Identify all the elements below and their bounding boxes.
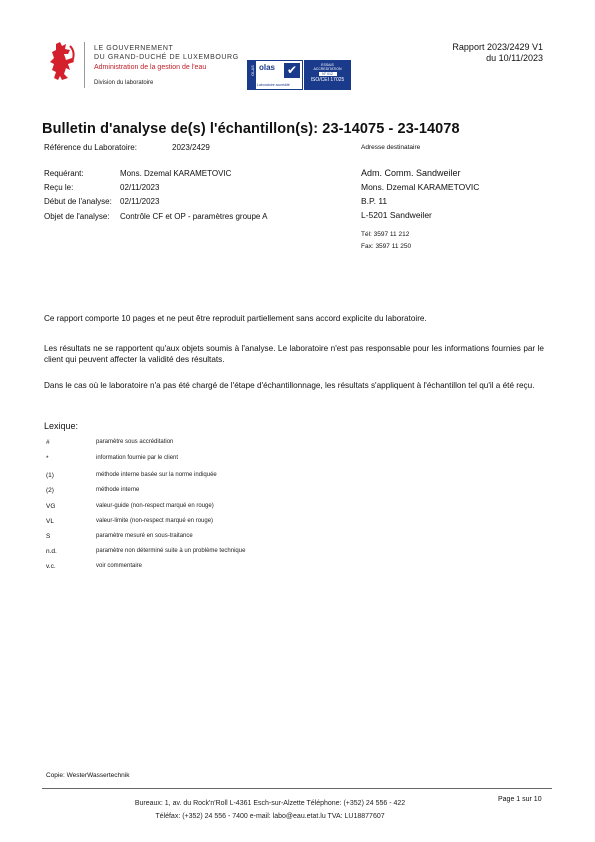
lexique-key: # (46, 439, 50, 446)
badge-side: OLAS (247, 60, 255, 90)
footer-divider (42, 788, 552, 789)
address-fax: Fax: 3597 11 250 (361, 243, 411, 250)
report-date: du 10/11/2023 (452, 53, 543, 64)
report-number: Rapport 2023/2429 V1 (452, 42, 543, 53)
lexique-value: méthode interne basée sur la norme indiq… (96, 472, 217, 478)
lexique-key: (1) (46, 472, 54, 479)
lexique-key: VG (46, 503, 55, 510)
lexique-value: information fournie par le client (96, 455, 178, 461)
address-line-2: Mons. Dzemal KARAMETOVIC (361, 182, 479, 192)
footer-line-1: Bureaux: 1, av. du Rock'n'Roll L-4361 Es… (80, 797, 460, 810)
iso-block: ESSAIS ACCREDITATION N° 012 ISO/CEI 1702… (304, 60, 351, 90)
olas-label: olas (259, 63, 275, 72)
address-line-3: B.P. 11 (361, 196, 387, 206)
requester-value: Mons. Dzemal KARAMETOVIC (120, 169, 231, 178)
lexique-value: méthode interne (96, 487, 139, 493)
copy-recipient: Copie: WesterWassertechnik (46, 772, 129, 779)
footer-contact: Bureaux: 1, av. du Rock'n'Roll L-4361 Es… (80, 797, 460, 823)
report-id: Rapport 2023/2429 V1 du 10/11/2023 (452, 42, 543, 64)
analysis-start-value: 02/11/2023 (120, 197, 159, 206)
lexique-value: voir commentaire (96, 563, 142, 569)
received-label: Reçu le: (44, 183, 73, 192)
lexique-value: paramètre sous accréditation (96, 439, 173, 445)
analysis-object-label: Objet de l'analyse: (44, 212, 110, 221)
address-line-1: Adm. Comm. Sandweiler (361, 168, 461, 178)
address-line-4: L-5201 Sandweiler (361, 210, 432, 220)
received-value: 02/11/2023 (120, 183, 159, 192)
reference-value: 2023/2429 (172, 143, 210, 152)
government-line1: LE GOUVERNEMENT (94, 45, 173, 52)
lexique-key: v.c. (46, 563, 56, 570)
lexique-key: S (46, 533, 50, 540)
paragraph-sampling: Dans le cas où le laboratoire n'a pas ét… (44, 380, 544, 391)
lexique-value: paramètre non déterminé suite à un probl… (96, 548, 245, 554)
division-name: Division du laboratoire (94, 80, 153, 86)
lexique-key: VL (46, 518, 54, 525)
paragraph-pages: Ce rapport comporte 10 pages et ne peut … (44, 313, 544, 324)
reference-label: Référence du Laboratoire: (44, 143, 137, 152)
analysis-object-value: Contrôle CF et OP - paramètres groupe A (120, 212, 267, 221)
administration-name: Administration de la gestion de l'eau (94, 64, 206, 71)
lexique-value: valeur-guide (non-respect marqué en roug… (96, 503, 214, 509)
footer-line-2: Téléfax: (+352) 24 556 - 7400 e-mail: la… (80, 810, 460, 823)
page-number: Page 1 sur 10 (498, 796, 542, 803)
lexique-heading: Lexique: (44, 421, 78, 431)
lexique-key: n.d. (46, 548, 57, 555)
checkmark-icon: ✔ (284, 63, 300, 78)
lexique-value: paramètre mesuré en sous-traitance (96, 533, 193, 539)
analysis-start-label: Début de l'analyse: (44, 197, 112, 206)
address-heading: Adresse destinataire (361, 144, 420, 151)
paragraph-results: Les résultats ne se rapportent qu'aux ob… (44, 343, 544, 365)
lexique-value: valeur-limite (non-respect marqué en rou… (96, 518, 213, 524)
red-lion-coat-of-arms-icon (46, 40, 78, 84)
address-tel: Tél: 3597 11 212 (361, 231, 409, 238)
requester-label: Requérant: (44, 169, 84, 178)
page-title: Bulletin d'analyse de(s) l'échantillon(s… (42, 121, 460, 137)
header-divider (84, 42, 85, 88)
accreditation-badge: OLAS olas ✔ Laboratoire accrédité ESSAIS… (247, 60, 351, 90)
government-line2: DU GRAND-DUCHÉ DE LUXEMBOURG (94, 54, 239, 61)
lexique-key: (2) (46, 487, 54, 494)
lexique-key: * (46, 455, 49, 462)
